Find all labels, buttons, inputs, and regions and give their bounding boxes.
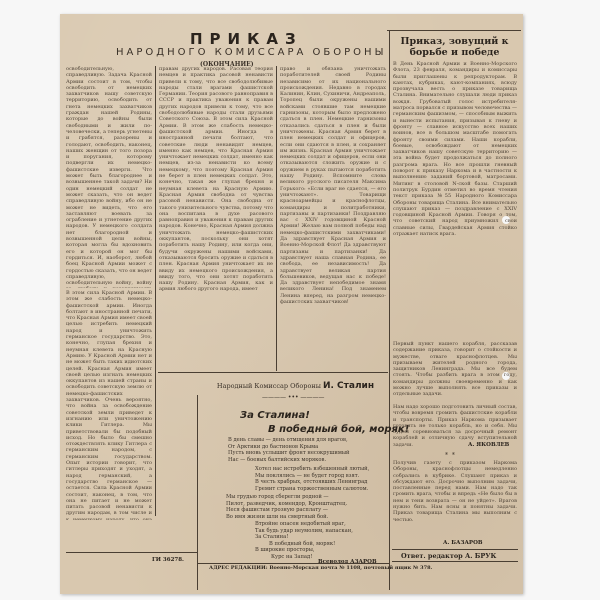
poem-title-1: За Сталина! xyxy=(240,410,310,421)
column-rule xyxy=(155,66,156,516)
poem-stanza-2: Хотел нас истребить взбешенный лютый, Мы… xyxy=(255,466,369,492)
right-article-body: В День Красной Армии и Военно-Морского Ф… xyxy=(393,61,517,339)
divider xyxy=(392,561,518,562)
divider xyxy=(392,549,518,550)
column-rule xyxy=(389,30,390,590)
order-title: ПРИКАЗ xyxy=(190,30,303,48)
poem-stanza-4: Втройне опасен недобитый враг, Так будь … xyxy=(255,521,353,561)
right-article-headline: Приказ, зовущий к борьбе и победе xyxy=(392,36,517,58)
print-code: ГИ 36278. xyxy=(152,557,184,563)
editorial-address: АДРЕС РЕДАКЦИИ: Военно-Морская почта № 1… xyxy=(209,565,432,571)
right-article-body-2: Первый пункт нашего корабля, рассказав с… xyxy=(393,341,517,449)
asterisks: * * xyxy=(445,452,455,459)
article-column-1: освободительную, справедливую. Задача Кр… xyxy=(66,66,152,288)
signature: Народный Комиссар Обороны И. Сталин xyxy=(198,381,393,391)
right-article-body-3: Получив газету с приказом Наркома Оборон… xyxy=(393,460,517,540)
divider xyxy=(198,563,389,564)
poem-title-2: В победный бой, моряк! xyxy=(268,424,409,435)
column-rule xyxy=(276,66,277,371)
order-subtitle: НАРОДНОГО КОМИССАРА ОБОРОНЫ xyxy=(116,47,386,58)
article-column-3: право и обязана уничтожать поработителей… xyxy=(280,66,386,371)
signature-prefix: Народный Комиссар Обороны xyxy=(217,382,321,390)
article-column-1b: В этом сила Красной Армии. В этом же сла… xyxy=(66,290,152,520)
article-column-2: правам других народов. Расовая теория не… xyxy=(159,66,273,371)
poem-stanza-1: В день славы — день отмщения для врагов,… xyxy=(228,437,349,463)
column-rule xyxy=(197,395,198,590)
poem-stanza-3: Мы грудью город сберегли родной — Пилот,… xyxy=(226,494,347,520)
signature-name: И. Сталин xyxy=(323,381,374,391)
author-yakovlev: А. ЯКОВЛЕВ xyxy=(468,442,509,448)
ornament-divider: ———— ••• ———— xyxy=(262,394,324,401)
divider xyxy=(158,372,388,373)
divider xyxy=(66,552,197,553)
divider xyxy=(387,30,521,31)
author-bazarov: А. БАЗАРОВ xyxy=(443,540,483,546)
editor-credit: Ответ. редактор А. БРУК xyxy=(401,552,496,560)
